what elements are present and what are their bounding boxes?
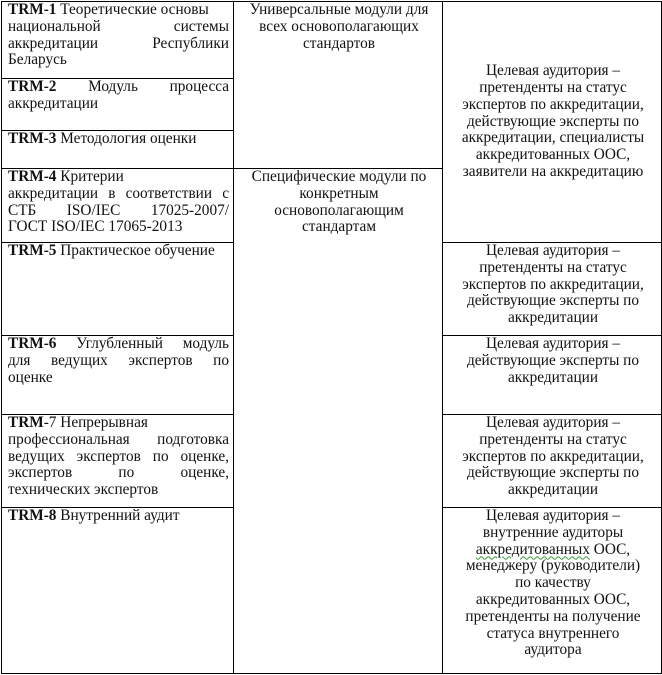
module-line: TRM-3 Методология оценки <box>8 131 229 148</box>
module-line: TRM-2 Модуль процесса <box>8 79 229 96</box>
module-group-universal: Универсальные модули для всех основопола… <box>234 2 443 169</box>
module-line: TRM-4 Критерии <box>8 169 229 186</box>
module-line: TRM-7 Непрерывная <box>8 415 229 432</box>
grammar-flagged-word[interactable]: аккредитованных <box>476 541 590 558</box>
audience-line: экспертов по аккредитации, <box>449 449 657 466</box>
module-line: ведущих экспертов по оценке, <box>8 449 229 466</box>
group-line: Специфические модули по <box>240 169 438 186</box>
module-line: аккредитации Республики <box>8 36 229 53</box>
module-code: TRM-8 <box>8 507 56 524</box>
audience-cell-5: Целевая аудитория – внутренние аудиторы … <box>443 508 662 674</box>
audience-line: аккредитации <box>449 310 657 327</box>
module-line: экспертов по оценке, <box>8 465 229 482</box>
table-row: TRM-1 Теоретические основы национальной … <box>2 2 662 79</box>
module-line: СТБ ISO/IEC 17025-2007/ <box>8 203 229 220</box>
audience-line: действующие эксперты по <box>449 114 657 131</box>
module-line: оценке <box>8 370 229 387</box>
audience-line: аудитора <box>449 642 657 659</box>
module-code: TRM-5 <box>8 242 56 259</box>
module-code: TRM-2 <box>8 78 56 95</box>
module-line: аккредитации в соответствии с <box>8 186 229 203</box>
audience-line: статуса внутреннего <box>449 626 657 643</box>
audience-line: действующие эксперты по <box>449 465 657 482</box>
module-line: ГОСТ ISO/IEC 17065-2013 <box>8 219 229 236</box>
audience-line: претенденты на статус <box>449 260 657 277</box>
group-line: Универсальные модули для <box>240 2 438 19</box>
audience-line: претенденты на статус <box>449 80 657 97</box>
audience-line: менеджеру (руководители) <box>449 558 657 575</box>
module-cell-trm-5: TRM-5 Практическое обучение <box>2 243 234 336</box>
module-line: технических экспертов <box>8 482 229 499</box>
module-group-specific: Специфические модули по конкретным основ… <box>234 169 443 674</box>
training-modules-table: TRM-1 Теоретические основы национальной … <box>1 1 662 674</box>
audience-line: аккредитованных ООС, <box>449 147 657 164</box>
audience-line: претенденты на статус <box>449 432 657 449</box>
module-cell-trm-6: TRM-6 Углубленный модуль для ведущих экс… <box>2 336 234 415</box>
module-line: национальной системы <box>8 19 229 36</box>
group-line: основополагающим <box>240 203 438 220</box>
audience-line: заявители на аккредитацию <box>449 164 657 181</box>
group-line: всех основополагающих <box>240 19 438 36</box>
audience-line: аккредитации, специалисты <box>449 130 657 147</box>
audience-line: аккредитованных ООС, <box>449 542 657 559</box>
module-line: TRM-8 Внутренний аудит <box>8 508 229 525</box>
audience-line: Целевая аудитория – <box>449 336 657 353</box>
module-line: профессиональная подготовка <box>8 432 229 449</box>
audience-line: Целевая аудитория – <box>449 508 657 525</box>
audience-line: аккредитации <box>449 482 657 499</box>
audience-line: аккредитованных ООС, <box>449 592 657 609</box>
module-line: TRM-5 Практическое обучение <box>8 243 229 260</box>
module-cell-trm-3: TRM-3 Методология оценки <box>2 131 234 169</box>
module-code: TRM-7 <box>8 414 56 431</box>
audience-line: экспертов по аккредитации, <box>449 97 657 114</box>
module-cell-trm-2: TRM-2 Модуль процесса аккредитации <box>2 79 234 131</box>
module-cell-trm-4: TRM-4 Критерии аккредитации в соответств… <box>2 169 234 243</box>
audience-line: Целевая аудитория – <box>449 63 657 80</box>
module-code: TRM-3 <box>8 130 56 147</box>
module-line: аккредитации <box>8 96 229 113</box>
module-code: TRM-4 <box>8 168 56 185</box>
audience-line: действующие эксперты по <box>449 353 657 370</box>
audience-cell-2: Целевая аудитория – претенденты на стату… <box>443 243 662 336</box>
audience-line: претенденты на получение <box>449 609 657 626</box>
module-cell-trm-1: TRM-1 Теоретические основы национальной … <box>2 2 234 79</box>
group-line: стандартам <box>240 219 438 236</box>
audience-line: внутренние аудиторы <box>449 525 657 542</box>
module-cell-trm-7: TRM-7 Непрерывная профессиональная подго… <box>2 415 234 508</box>
audience-cell-3: Целевая аудитория – действующие эксперты… <box>443 336 662 415</box>
group-line: конкретным <box>240 186 438 203</box>
audience-line: аккредитации <box>449 370 657 387</box>
audience-cell-1: Целевая аудитория – претенденты на стату… <box>443 2 662 243</box>
module-line: TRM-6 Углубленный модуль <box>8 336 229 353</box>
module-line: TRM-1 Теоретические основы <box>8 2 229 19</box>
audience-line: экспертов по аккредитации, <box>449 277 657 294</box>
module-code: TRM-1 <box>8 1 56 18</box>
module-cell-trm-8: TRM-8 Внутренний аудит <box>2 508 234 674</box>
audience-line: действующие эксперты по <box>449 293 657 310</box>
module-line: для ведущих экспертов по <box>8 353 229 370</box>
audience-line: Целевая аудитория – <box>449 243 657 260</box>
audience-cell-4: Целевая аудитория – претенденты на стату… <box>443 415 662 508</box>
module-code: TRM-6 <box>8 335 56 352</box>
audience-line: по качеству <box>449 575 657 592</box>
document-page: TRM-1 Теоретические основы национальной … <box>0 0 662 675</box>
group-line: стандартов <box>240 36 438 53</box>
audience-line: Целевая аудитория – <box>449 415 657 432</box>
module-line: Беларусь <box>8 52 229 69</box>
